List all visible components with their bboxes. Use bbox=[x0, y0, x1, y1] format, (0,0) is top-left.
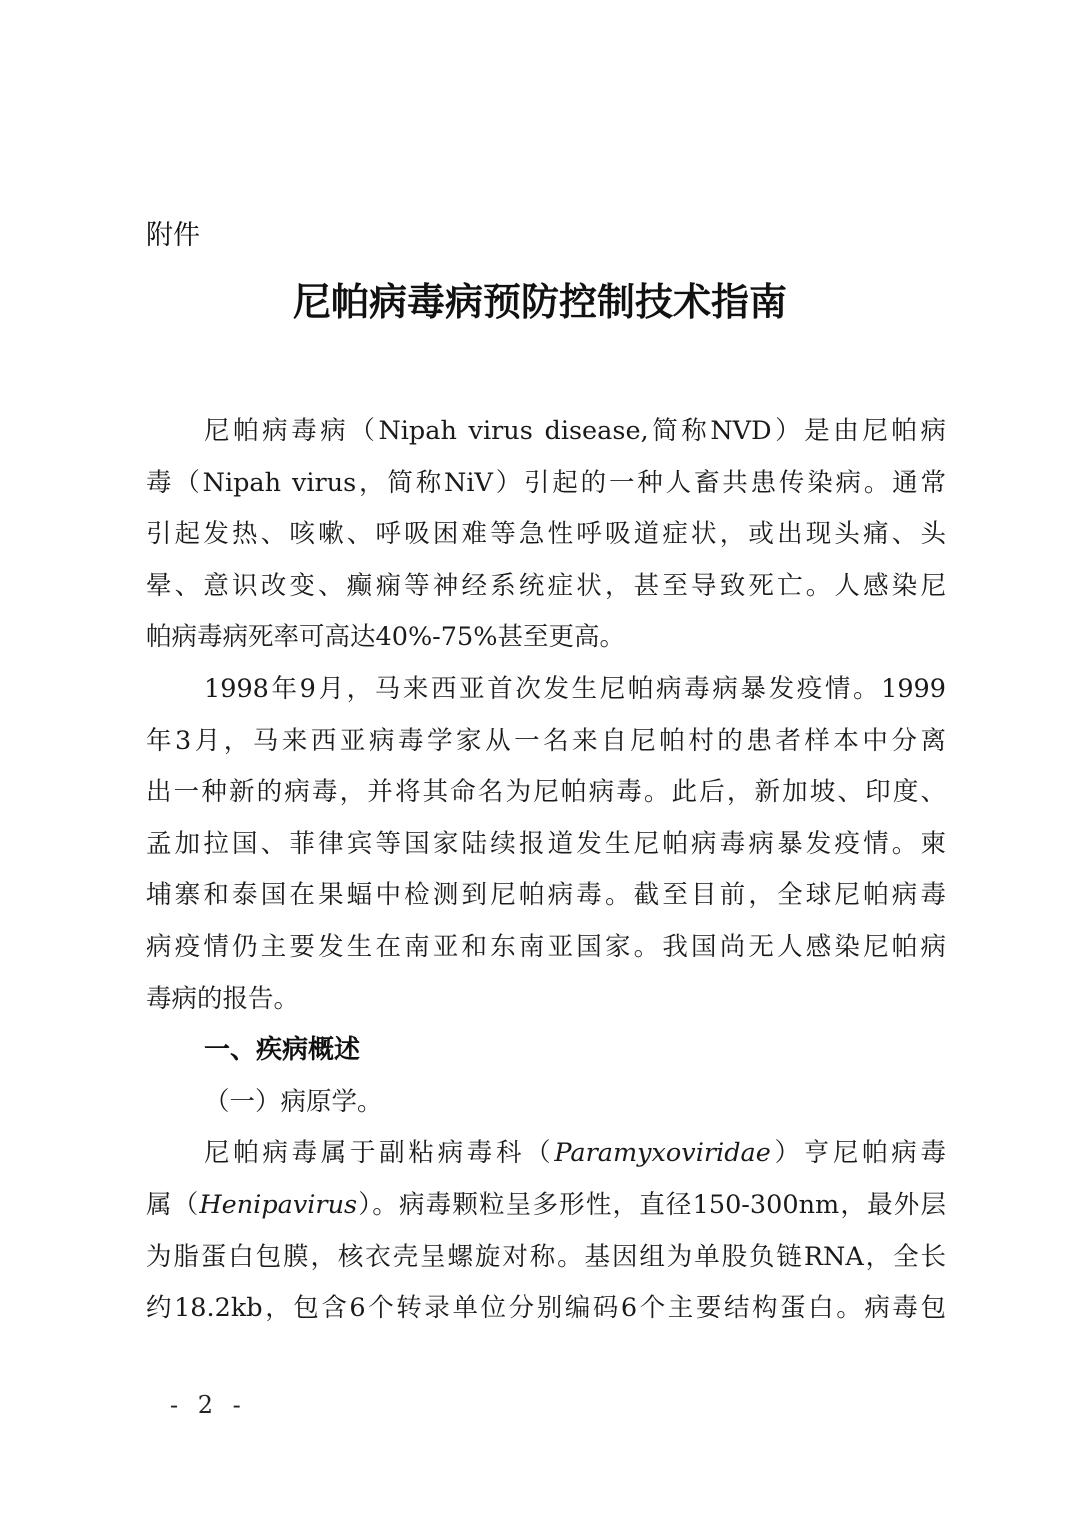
text-line: 出一种新的病毒，并将其命名为尼帕病毒。此后，新加坡、印度、 bbox=[146, 767, 946, 819]
section-heading: 一、疾病概述 bbox=[146, 1025, 946, 1077]
text-line: 尼帕病毒属于副粘病毒科（Paramyxoviridae）亨尼帕病毒 bbox=[146, 1128, 946, 1180]
text-line: 尼帕病毒病（Nipah virus disease,简称NVD）是由尼帕病 bbox=[146, 406, 946, 458]
text-line: 毒病的报告。 bbox=[146, 974, 946, 1026]
text-line: 属（Henipavirus）。病毒颗粒呈多形性，直径150-300nm，最外层 bbox=[146, 1180, 946, 1232]
document-title: 尼帕病毒病预防控制技术指南 bbox=[0, 276, 1080, 328]
document-body: 尼帕病毒病（Nipah virus disease,简称NVD）是由尼帕病 毒（… bbox=[146, 406, 946, 1335]
text-line: 为脂蛋白包膜，核衣壳呈螺旋对称。基因组为单股负链RNA，全长 bbox=[146, 1232, 946, 1284]
intro-paragraph: 尼帕病毒病（Nipah virus disease,简称NVD）是由尼帕病 毒（… bbox=[146, 406, 946, 664]
pathogen-paragraph: 尼帕病毒属于副粘病毒科（Paramyxoviridae）亨尼帕病毒 属（Heni… bbox=[146, 1128, 946, 1334]
text-line: 帕病毒病死率可高达40%-75%甚至更高。 bbox=[146, 612, 946, 664]
text-span: 尼帕病毒属于副粘病毒科（ bbox=[204, 1138, 554, 1168]
text-line: 孟加拉国、菲律宾等国家陆续报道发生尼帕病毒病暴发疫情。柬 bbox=[146, 819, 946, 871]
family-name-italic: Paramyxoviridae bbox=[554, 1138, 770, 1168]
text-line: 年3月，马来西亚病毒学家从一名来自尼帕村的患者样本中分离 bbox=[146, 716, 946, 768]
text-span: ）。病毒颗粒呈多形性，直径150-300nm，最外层 bbox=[357, 1190, 946, 1220]
text-line: 埔寨和泰国在果蝠中检测到尼帕病毒。截至目前，全球尼帕病毒 bbox=[146, 870, 946, 922]
subsection-heading: （一）病原学。 bbox=[146, 1077, 946, 1129]
history-paragraph: 1998年9月，马来西亚首次发生尼帕病毒病暴发疫情。1999 年3月，马来西亚病… bbox=[146, 664, 946, 1025]
text-span: 属（ bbox=[146, 1190, 199, 1220]
document-page: 附件 尼帕病毒病预防控制技术指南 尼帕病毒病（Nipah virus disea… bbox=[0, 0, 1080, 1527]
text-span: ）亨尼帕病毒 bbox=[771, 1138, 946, 1168]
text-line: 晕、意识改变、癫痫等神经系统症状，甚至导致死亡。人感染尼 bbox=[146, 561, 946, 613]
genus-name-italic: Henipavirus bbox=[199, 1190, 357, 1220]
text-line: 1998年9月，马来西亚首次发生尼帕病毒病暴发疫情。1999 bbox=[146, 664, 946, 716]
text-line: 病疫情仍主要发生在南亚和东南亚国家。我国尚无人感染尼帕病 bbox=[146, 922, 946, 974]
page-number: - 2 - bbox=[170, 1390, 247, 1420]
text-line: 约18.2kb，包含6个转录单位分别编码6个主要结构蛋白。病毒包 bbox=[146, 1283, 946, 1335]
text-line: 引起发热、咳嗽、呼吸困难等急性呼吸道症状，或出现头痛、头 bbox=[146, 509, 946, 561]
attachment-label: 附件 bbox=[146, 216, 200, 256]
text-line: 毒（Nipah virus，简称NiV）引起的一种人畜共患传染病。通常 bbox=[146, 458, 946, 510]
